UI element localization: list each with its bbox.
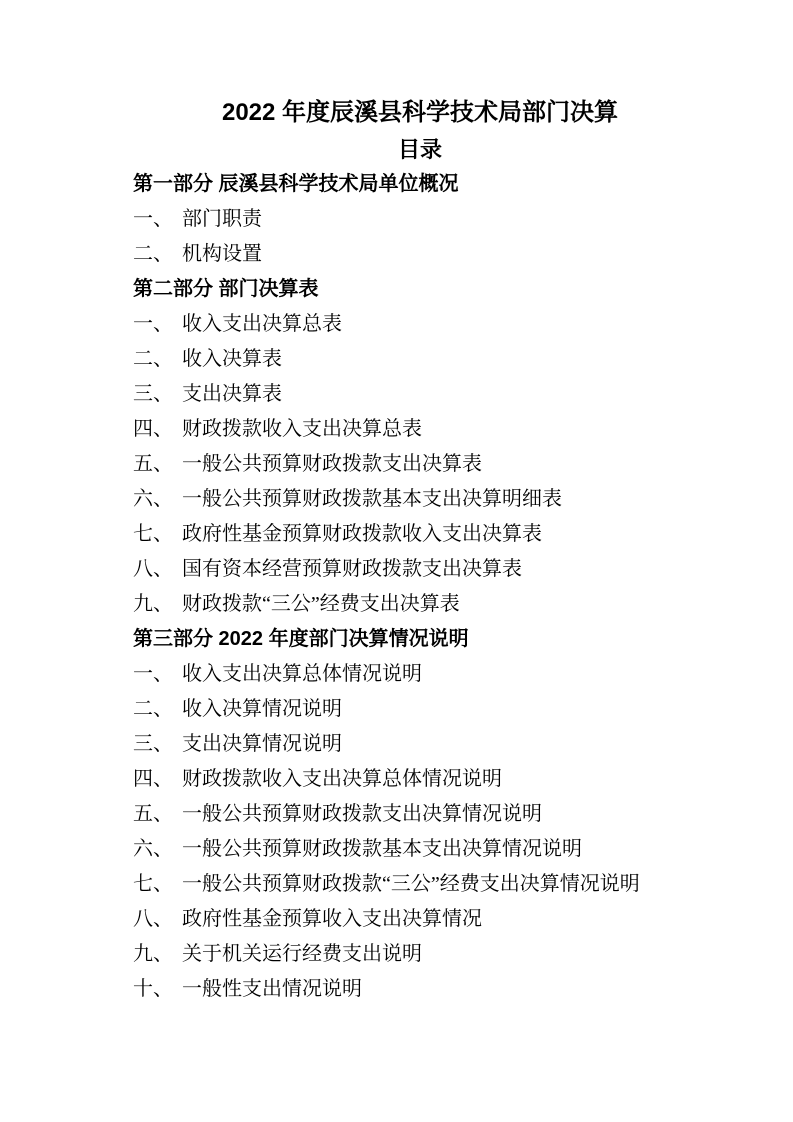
item-number: 七、 [133,517,173,552]
item-number: 八、 [133,902,173,937]
toc-item-part2-4: 四、财政拨款收入支出决算总表 [133,412,707,447]
item-number: 七、 [133,867,173,902]
toc-item-part2-5: 五、一般公共预算财政拨款支出决算表 [133,447,707,482]
toc-item-part3-10: 十、一般性支出情况说明 [133,972,707,1007]
toc-item-part3-7: 七、一般公共预算财政拨款“三公”经费支出决算情况说明 [133,867,707,902]
item-text: 财政拨款收入支出决算总体情况说明 [182,768,502,790]
toc-item-part2-3: 三、支出决算表 [133,377,707,412]
item-text: 关于机关运行经费支出说明 [182,943,422,965]
section-heading-part2: 第二部分 部门决算表 [133,272,707,307]
toc-item-part3-3: 三、支出决算情况说明 [133,727,707,762]
document-title: 2022 年度辰溪县科学技术局部门决算 [133,94,707,132]
item-text: 支出决算情况说明 [182,733,342,755]
toc-item-part3-6: 六、一般公共预算财政拨款基本支出决算情况说明 [133,832,707,867]
toc-item-part3-2: 二、收入决算情况说明 [133,692,707,727]
toc-item-part1-1: 一、部门职责 [133,202,707,237]
item-number: 三、 [133,727,173,762]
toc-item-part3-8: 八、政府性基金预算收入支出决算情况 [133,902,707,937]
toc-item-part2-6: 六、一般公共预算财政拨款基本支出决算明细表 [133,482,707,517]
item-number: 四、 [133,412,173,447]
item-text: 支出决算表 [182,383,282,405]
item-number: 二、 [133,342,173,377]
toc-item-part2-7: 七、政府性基金预算财政拨款收入支出决算表 [133,517,707,552]
item-text: 收入支出决算总表 [182,313,342,335]
toc-item-part2-1: 一、收入支出决算总表 [133,307,707,342]
section-heading-part3: 第三部分 2022 年度部门决算情况说明 [133,622,707,657]
item-number: 五、 [133,797,173,832]
item-text: 政府性基金预算收入支出决算情况 [182,908,482,930]
item-text: 政府性基金预算财政拨款收入支出决算表 [182,523,542,545]
item-text: 国有资本经营预算财政拨款支出决算表 [182,558,522,580]
toc-item-part3-9: 九、关于机关运行经费支出说明 [133,937,707,972]
section-heading-part1: 第一部分 辰溪县科学技术局单位概况 [133,167,707,202]
item-number: 九、 [133,937,173,972]
item-text: 一般性支出情况说明 [182,978,362,1000]
item-text: 收入支出决算总体情况说明 [182,663,422,685]
toc-item-part2-8: 八、国有资本经营预算财政拨款支出决算表 [133,552,707,587]
item-text: 财政拨款收入支出决算总表 [182,418,422,440]
item-text: 一般公共预算财政拨款基本支出决算情况说明 [182,838,582,860]
item-number: 十、 [133,972,173,1007]
document-page: 2022 年度辰溪县科学技术局部门决算 目录 第一部分 辰溪县科学技术局单位概况… [0,0,793,1122]
item-text: 一般公共预算财政拨款基本支出决算明细表 [182,488,562,510]
item-text: 部门职责 [182,208,262,230]
toc-item-part3-1: 一、收入支出决算总体情况说明 [133,657,707,692]
item-number: 二、 [133,237,173,272]
toc-item-part2-2: 二、收入决算表 [133,342,707,377]
item-text: 收入决算情况说明 [182,698,342,720]
item-number: 三、 [133,377,173,412]
item-number: 一、 [133,307,173,342]
item-number: 一、 [133,657,173,692]
item-text: 财政拨款“三公”经费支出决算表 [182,593,460,615]
item-number: 二、 [133,692,173,727]
item-number: 六、 [133,482,173,517]
item-text: 收入决算表 [182,348,282,370]
item-number: 五、 [133,447,173,482]
item-number: 九、 [133,587,173,622]
item-number: 八、 [133,552,173,587]
toc-item-part1-2: 二、机构设置 [133,237,707,272]
item-text: 一般公共预算财政拨款支出决算表 [182,453,482,475]
item-number: 一、 [133,202,173,237]
item-text: 机构设置 [182,243,262,265]
toc-item-part3-4: 四、财政拨款收入支出决算总体情况说明 [133,762,707,797]
item-text: 一般公共预算财政拨款支出决算情况说明 [182,803,542,825]
item-number: 六、 [133,832,173,867]
item-text: 一般公共预算财政拨款“三公”经费支出决算情况说明 [182,873,640,895]
item-number: 四、 [133,762,173,797]
toc-item-part2-9: 九、财政拨款“三公”经费支出决算表 [133,587,707,622]
toc-item-part3-5: 五、一般公共预算财政拨款支出决算情况说明 [133,797,707,832]
toc-title: 目录 [133,132,707,167]
